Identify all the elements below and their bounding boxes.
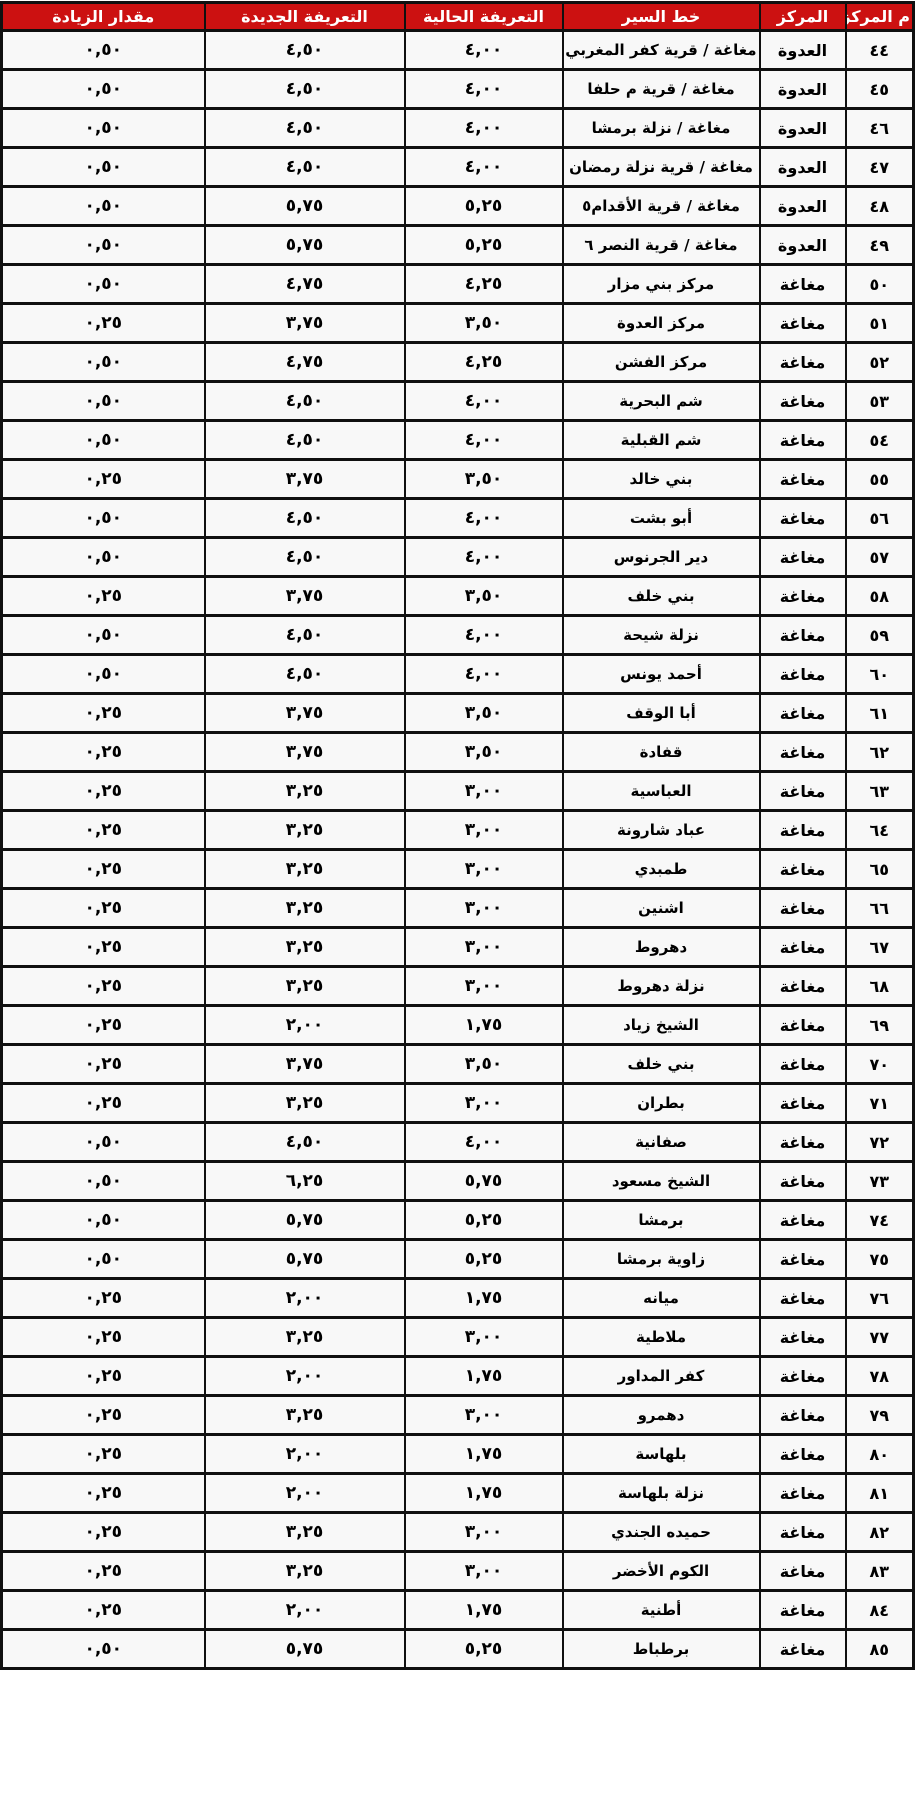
table-row: ٦٢مغاغةقفادة٣,٥٠٣,٧٥٠,٢٥ bbox=[1, 733, 913, 772]
cell-new: ٣,٢٥ bbox=[204, 1513, 404, 1552]
cell-center: العدوة bbox=[759, 226, 845, 265]
cell-m: ٥٤ bbox=[845, 421, 913, 460]
cell-current: ٤,٠٠ bbox=[404, 109, 562, 148]
cell-current: ٥,٢٥ bbox=[404, 226, 562, 265]
cell-route: صفانية bbox=[562, 1123, 759, 1162]
cell-center: العدوة bbox=[759, 187, 845, 226]
cell-new: ٣,٢٥ bbox=[204, 967, 404, 1006]
cell-increase: ٠,٢٥ bbox=[1, 1006, 204, 1045]
cell-increase: ٠,٢٥ bbox=[1, 1279, 204, 1318]
cell-center: مغاغة bbox=[759, 850, 845, 889]
cell-m: ٥٣ bbox=[845, 382, 913, 421]
cell-center: مغاغة bbox=[759, 1123, 845, 1162]
table-row: ٥٤مغاغةشم القبلية٤,٠٠٤,٥٠٠,٥٠ bbox=[1, 421, 913, 460]
cell-new: ٢,٠٠ bbox=[204, 1591, 404, 1630]
cell-new: ٤,٥٠ bbox=[204, 70, 404, 109]
cell-increase: ٠,٥٠ bbox=[1, 1240, 204, 1279]
cell-route: مركز بني مزار bbox=[562, 265, 759, 304]
cell-increase: ٠,٥٠ bbox=[1, 499, 204, 538]
cell-route: أطنية bbox=[562, 1591, 759, 1630]
table-row: ٦٨مغاغةنزلة دهروط٣,٠٠٣,٢٥٠,٢٥ bbox=[1, 967, 913, 1006]
cell-center: مغاغة bbox=[759, 967, 845, 1006]
cell-new: ٦,٢٥ bbox=[204, 1162, 404, 1201]
cell-m: ٤٤ bbox=[845, 31, 913, 70]
table-row: ٥٣مغاغةشم البحرية٤,٠٠٤,٥٠٠,٥٠ bbox=[1, 382, 913, 421]
cell-m: ٥٥ bbox=[845, 460, 913, 499]
cell-center: مغاغة bbox=[759, 1318, 845, 1357]
cell-route: أبو بشت bbox=[562, 499, 759, 538]
cell-route: أحمد يونس bbox=[562, 655, 759, 694]
cell-m: ٧٢ bbox=[845, 1123, 913, 1162]
cell-new: ٣,٧٥ bbox=[204, 460, 404, 499]
cell-current: ٣,٥٠ bbox=[404, 304, 562, 343]
cell-new: ٣,٢٥ bbox=[204, 928, 404, 967]
cell-route: بني خلف bbox=[562, 577, 759, 616]
cell-center: العدوة bbox=[759, 31, 845, 70]
cell-increase: ٠,٢٥ bbox=[1, 733, 204, 772]
cell-route: أبا الوقف bbox=[562, 694, 759, 733]
cell-new: ٣,٢٥ bbox=[204, 889, 404, 928]
cell-m: ٦٥ bbox=[845, 850, 913, 889]
cell-route: الشيخ مسعود bbox=[562, 1162, 759, 1201]
cell-current: ٣,٠٠ bbox=[404, 1084, 562, 1123]
cell-new: ٣,٢٥ bbox=[204, 811, 404, 850]
cell-new: ٤,٥٠ bbox=[204, 31, 404, 70]
column-header-current-tariff: التعريفة الحالية bbox=[404, 3, 562, 31]
table-row: ٨٣مغاغةالكوم الأخضر٣,٠٠٣,٢٥٠,٢٥ bbox=[1, 1552, 913, 1591]
cell-center: مغاغة bbox=[759, 460, 845, 499]
cell-route: قفادة bbox=[562, 733, 759, 772]
cell-center: مغاغة bbox=[759, 1630, 845, 1669]
cell-center: مغاغة bbox=[759, 577, 845, 616]
cell-m: ٧١ bbox=[845, 1084, 913, 1123]
cell-current: ٥,٢٥ bbox=[404, 1201, 562, 1240]
cell-m: ٦٧ bbox=[845, 928, 913, 967]
cell-center: العدوة bbox=[759, 148, 845, 187]
cell-new: ٣,٢٥ bbox=[204, 1396, 404, 1435]
cell-route: مغاغة / قرية م حلفا bbox=[562, 70, 759, 109]
table-row: ٧٣مغاغةالشيخ مسعود٥,٧٥٦,٢٥٠,٥٠ bbox=[1, 1162, 913, 1201]
cell-new: ٤,٥٠ bbox=[204, 148, 404, 187]
cell-route: شم القبلية bbox=[562, 421, 759, 460]
cell-current: ٣,٥٠ bbox=[404, 733, 562, 772]
cell-center: مغاغة bbox=[759, 343, 845, 382]
cell-center: مغاغة bbox=[759, 1513, 845, 1552]
cell-m: ٤٥ bbox=[845, 70, 913, 109]
cell-center: مغاغة bbox=[759, 382, 845, 421]
cell-center: مغاغة bbox=[759, 928, 845, 967]
cell-current: ٤,٠٠ bbox=[404, 1123, 562, 1162]
cell-m: ٥١ bbox=[845, 304, 913, 343]
cell-route: نزلة شيحة bbox=[562, 616, 759, 655]
cell-increase: ٠,٥٠ bbox=[1, 1162, 204, 1201]
cell-center: مغاغة bbox=[759, 499, 845, 538]
cell-current: ٤,٠٠ bbox=[404, 382, 562, 421]
cell-current: ٣,٠٠ bbox=[404, 1396, 562, 1435]
cell-m: ٨٢ bbox=[845, 1513, 913, 1552]
cell-route: مغاغة / قرية الأقدام٥ bbox=[562, 187, 759, 226]
column-header-increase-amount: مقدار الزيادة bbox=[1, 3, 204, 31]
column-header-center: المركز bbox=[759, 3, 845, 31]
cell-new: ٢,٠٠ bbox=[204, 1006, 404, 1045]
cell-new: ٣,٢٥ bbox=[204, 1552, 404, 1591]
cell-route: دهمرو bbox=[562, 1396, 759, 1435]
cell-current: ٤,٠٠ bbox=[404, 421, 562, 460]
cell-new: ٤,٥٠ bbox=[204, 616, 404, 655]
cell-m: ٧٣ bbox=[845, 1162, 913, 1201]
cell-m: ٤٦ bbox=[845, 109, 913, 148]
cell-m: ٦٠ bbox=[845, 655, 913, 694]
cell-increase: ٠,٥٠ bbox=[1, 1630, 204, 1669]
cell-center: مغاغة bbox=[759, 1435, 845, 1474]
cell-new: ٤,٥٠ bbox=[204, 538, 404, 577]
cell-route: برمشا bbox=[562, 1201, 759, 1240]
table-row: ٨٠مغاغةبلهاسة١,٧٥٢,٠٠٠,٢٥ bbox=[1, 1435, 913, 1474]
cell-current: ٤,٠٠ bbox=[404, 538, 562, 577]
cell-new: ٤,٧٥ bbox=[204, 265, 404, 304]
cell-increase: ٠,٢٥ bbox=[1, 1591, 204, 1630]
cell-center: مغاغة bbox=[759, 304, 845, 343]
cell-m: ٤٧ bbox=[845, 148, 913, 187]
table-row: ٤٦العدوةمغاغة / نزلة برمشا٤,٠٠٤,٥٠٠,٥٠ bbox=[1, 109, 913, 148]
column-header-new-tariff: التعريفة الجديدة bbox=[204, 3, 404, 31]
cell-increase: ٠,٥٠ bbox=[1, 70, 204, 109]
cell-increase: ٠,٢٥ bbox=[1, 1435, 204, 1474]
cell-route: مغاغة / قرية النصر ٦ bbox=[562, 226, 759, 265]
cell-route: بلهاسة bbox=[562, 1435, 759, 1474]
table-row: ٦٩مغاغةالشيخ زياد١,٧٥٢,٠٠٠,٢٥ bbox=[1, 1006, 913, 1045]
column-header-m-center: م المركز bbox=[845, 3, 913, 31]
cell-route: مركز الفشن bbox=[562, 343, 759, 382]
cell-center: مغاغة bbox=[759, 1240, 845, 1279]
cell-increase: ٠,٢٥ bbox=[1, 1396, 204, 1435]
cell-new: ٢,٠٠ bbox=[204, 1279, 404, 1318]
cell-new: ٣,٢٥ bbox=[204, 1084, 404, 1123]
cell-current: ٤,٠٠ bbox=[404, 148, 562, 187]
cell-m: ٥٩ bbox=[845, 616, 913, 655]
table-row: ٧٢مغاغةصفانية٤,٠٠٤,٥٠٠,٥٠ bbox=[1, 1123, 913, 1162]
cell-increase: ٠,٥٠ bbox=[1, 1201, 204, 1240]
cell-center: مغاغة bbox=[759, 733, 845, 772]
cell-center: مغاغة bbox=[759, 889, 845, 928]
cell-route: بطران bbox=[562, 1084, 759, 1123]
cell-center: مغاغة bbox=[759, 1045, 845, 1084]
cell-m: ٦٤ bbox=[845, 811, 913, 850]
cell-current: ٤,٠٠ bbox=[404, 70, 562, 109]
cell-m: ٤٨ bbox=[845, 187, 913, 226]
table-row: ٧٥مغاغةزاوية برمشا٥,٢٥٥,٧٥٠,٥٠ bbox=[1, 1240, 913, 1279]
cell-new: ٤,٥٠ bbox=[204, 499, 404, 538]
table-row: ٥٧مغاغةدير الجرنوس٤,٠٠٤,٥٠٠,٥٠ bbox=[1, 538, 913, 577]
table-row: ٥٨مغاغةبني خلف٣,٥٠٣,٧٥٠,٢٥ bbox=[1, 577, 913, 616]
cell-increase: ٠,٥٠ bbox=[1, 109, 204, 148]
cell-current: ١,٧٥ bbox=[404, 1474, 562, 1513]
cell-m: ٥٧ bbox=[845, 538, 913, 577]
cell-m: ٧٥ bbox=[845, 1240, 913, 1279]
cell-center: مغاغة bbox=[759, 1279, 845, 1318]
table-row: ٦٥مغاغةطمبدي٣,٠٠٣,٢٥٠,٢٥ bbox=[1, 850, 913, 889]
cell-increase: ٠,٥٠ bbox=[1, 382, 204, 421]
cell-center: مغاغة bbox=[759, 811, 845, 850]
cell-current: ٣,٥٠ bbox=[404, 460, 562, 499]
cell-increase: ٠,٥٠ bbox=[1, 343, 204, 382]
cell-new: ٢,٠٠ bbox=[204, 1474, 404, 1513]
table-row: ٤٤العدوةمغاغة / قرية كفر المغربي٤,٠٠٤,٥٠… bbox=[1, 31, 913, 70]
cell-new: ٢,٠٠ bbox=[204, 1357, 404, 1396]
table-row: ٦٣مغاغةالعباسية٣,٠٠٣,٢٥٠,٢٥ bbox=[1, 772, 913, 811]
cell-route: حميده الجندي bbox=[562, 1513, 759, 1552]
cell-route: الكوم الأخضر bbox=[562, 1552, 759, 1591]
cell-route: نزلة بلهاسة bbox=[562, 1474, 759, 1513]
cell-increase: ٠,٥٠ bbox=[1, 265, 204, 304]
cell-new: ٤,٥٠ bbox=[204, 109, 404, 148]
cell-new: ٥,٧٥ bbox=[204, 1201, 404, 1240]
cell-current: ٥,٢٥ bbox=[404, 1630, 562, 1669]
cell-route: ملاطية bbox=[562, 1318, 759, 1357]
cell-m: ٧٧ bbox=[845, 1318, 913, 1357]
table-row: ٧٧مغاغةملاطية٣,٠٠٣,٢٥٠,٢٥ bbox=[1, 1318, 913, 1357]
table-row: ٤٩العدوةمغاغة / قرية النصر ٦٥,٢٥٥,٧٥٠,٥٠ bbox=[1, 226, 913, 265]
cell-current: ٥,٢٥ bbox=[404, 1240, 562, 1279]
cell-increase: ٠,٥٠ bbox=[1, 616, 204, 655]
cell-current: ١,٧٥ bbox=[404, 1435, 562, 1474]
cell-current: ٣,٥٠ bbox=[404, 577, 562, 616]
cell-m: ٦١ bbox=[845, 694, 913, 733]
table-row: ٤٧العدوةمغاغة / قرية نزلة رمضان٤,٠٠٤,٥٠٠… bbox=[1, 148, 913, 187]
cell-new: ٥,٧٥ bbox=[204, 187, 404, 226]
cell-current: ٣,٠٠ bbox=[404, 772, 562, 811]
cell-increase: ٠,٥٠ bbox=[1, 421, 204, 460]
header-row: م المركز المركز خط السير التعريفة الحالي… bbox=[1, 3, 913, 31]
cell-m: ٦٩ bbox=[845, 1006, 913, 1045]
cell-increase: ٠,٥٠ bbox=[1, 226, 204, 265]
cell-route: مغاغة / قرية نزلة رمضان bbox=[562, 148, 759, 187]
cell-center: العدوة bbox=[759, 109, 845, 148]
cell-m: ٦٨ bbox=[845, 967, 913, 1006]
cell-increase: ٠,٥٠ bbox=[1, 1123, 204, 1162]
cell-increase: ٠,٢٥ bbox=[1, 889, 204, 928]
cell-m: ٨٣ bbox=[845, 1552, 913, 1591]
cell-route: دهروط bbox=[562, 928, 759, 967]
cell-current: ٣,٠٠ bbox=[404, 850, 562, 889]
cell-m: ٦٢ bbox=[845, 733, 913, 772]
cell-m: ٧٦ bbox=[845, 1279, 913, 1318]
cell-current: ١,٧٥ bbox=[404, 1279, 562, 1318]
cell-route: زاوية برمشا bbox=[562, 1240, 759, 1279]
cell-route: بني خلف bbox=[562, 1045, 759, 1084]
cell-center: مغاغة bbox=[759, 1201, 845, 1240]
table-row: ٥٩مغاغةنزلة شيحة٤,٠٠٤,٥٠٠,٥٠ bbox=[1, 616, 913, 655]
table-row: ٦٠مغاغةأحمد يونس٤,٠٠٤,٥٠٠,٥٠ bbox=[1, 655, 913, 694]
cell-current: ٥,٧٥ bbox=[404, 1162, 562, 1201]
cell-current: ٣,٠٠ bbox=[404, 1513, 562, 1552]
cell-route: كفر المداور bbox=[562, 1357, 759, 1396]
cell-increase: ٠,٢٥ bbox=[1, 1552, 204, 1591]
cell-current: ٣,٠٠ bbox=[404, 811, 562, 850]
cell-current: ٣,٠٠ bbox=[404, 928, 562, 967]
cell-center: مغاغة bbox=[759, 421, 845, 460]
cell-new: ٤,٥٠ bbox=[204, 382, 404, 421]
table-row: ٧٦مغاغةميانه١,٧٥٢,٠٠٠,٢٥ bbox=[1, 1279, 913, 1318]
cell-center: مغاغة bbox=[759, 1084, 845, 1123]
cell-center: مغاغة bbox=[759, 538, 845, 577]
table-row: ٤٥العدوةمغاغة / قرية م حلفا٤,٠٠٤,٥٠٠,٥٠ bbox=[1, 70, 913, 109]
cell-center: مغاغة bbox=[759, 1591, 845, 1630]
cell-current: ٥,٢٥ bbox=[404, 187, 562, 226]
cell-route: العباسية bbox=[562, 772, 759, 811]
table-row: ٥٢مغاغةمركز الفشن٤,٢٥٤,٧٥٠,٥٠ bbox=[1, 343, 913, 382]
column-header-route: خط السير bbox=[562, 3, 759, 31]
cell-current: ١,٧٥ bbox=[404, 1591, 562, 1630]
cell-increase: ٠,٢٥ bbox=[1, 811, 204, 850]
table-body: ٤٤العدوةمغاغة / قرية كفر المغربي٤,٠٠٤,٥٠… bbox=[1, 31, 913, 1669]
cell-new: ٢,٠٠ bbox=[204, 1435, 404, 1474]
cell-new: ٣,٧٥ bbox=[204, 694, 404, 733]
cell-current: ٣,٥٠ bbox=[404, 1045, 562, 1084]
cell-m: ٧٤ bbox=[845, 1201, 913, 1240]
cell-current: ٣,٠٠ bbox=[404, 1318, 562, 1357]
cell-m: ٧٩ bbox=[845, 1396, 913, 1435]
cell-increase: ٠,٢٥ bbox=[1, 928, 204, 967]
cell-m: ٨٠ bbox=[845, 1435, 913, 1474]
table-row: ٨٢مغاغةحميده الجندي٣,٠٠٣,٢٥٠,٢٥ bbox=[1, 1513, 913, 1552]
cell-increase: ٠,٥٠ bbox=[1, 148, 204, 187]
cell-center: مغاغة bbox=[759, 772, 845, 811]
cell-route: طمبدي bbox=[562, 850, 759, 889]
cell-current: ٤,٠٠ bbox=[404, 616, 562, 655]
table-row: ٦٦مغاغةاشنين٣,٠٠٣,٢٥٠,٢٥ bbox=[1, 889, 913, 928]
cell-new: ٣,٧٥ bbox=[204, 304, 404, 343]
cell-route: عباد شارونة bbox=[562, 811, 759, 850]
cell-new: ٤,٥٠ bbox=[204, 421, 404, 460]
cell-increase: ٠,٢٥ bbox=[1, 850, 204, 889]
cell-current: ٤,٢٥ bbox=[404, 265, 562, 304]
cell-current: ٣,٠٠ bbox=[404, 967, 562, 1006]
cell-m: ٨٤ bbox=[845, 1591, 913, 1630]
cell-center: مغاغة bbox=[759, 1396, 845, 1435]
cell-center: مغاغة bbox=[759, 1552, 845, 1591]
cell-current: ٣,٠٠ bbox=[404, 1552, 562, 1591]
cell-route: برطباط bbox=[562, 1630, 759, 1669]
cell-m: ٥٨ bbox=[845, 577, 913, 616]
cell-m: ٥٠ bbox=[845, 265, 913, 304]
table-row: ٦١مغاغةأبا الوقف٣,٥٠٣,٧٥٠,٢٥ bbox=[1, 694, 913, 733]
cell-new: ٤,٥٠ bbox=[204, 655, 404, 694]
cell-increase: ٠,٢٥ bbox=[1, 304, 204, 343]
cell-center: العدوة bbox=[759, 70, 845, 109]
cell-m: ٥٦ bbox=[845, 499, 913, 538]
cell-m: ٧٨ bbox=[845, 1357, 913, 1396]
table-row: ٤٨العدوةمغاغة / قرية الأقدام٥٥,٢٥٥,٧٥٠,٥… bbox=[1, 187, 913, 226]
cell-current: ٤,٢٥ bbox=[404, 343, 562, 382]
cell-current: ٣,٠٠ bbox=[404, 889, 562, 928]
cell-current: ١,٧٥ bbox=[404, 1006, 562, 1045]
table-row: ٧٤مغاغةبرمشا٥,٢٥٥,٧٥٠,٥٠ bbox=[1, 1201, 913, 1240]
cell-current: ٤,٠٠ bbox=[404, 499, 562, 538]
cell-new: ٤,٥٠ bbox=[204, 1123, 404, 1162]
cell-increase: ٠,٥٠ bbox=[1, 187, 204, 226]
cell-route: دير الجرنوس bbox=[562, 538, 759, 577]
cell-increase: ٠,٢٥ bbox=[1, 1474, 204, 1513]
cell-route: بني خالد bbox=[562, 460, 759, 499]
cell-route: نزلة دهروط bbox=[562, 967, 759, 1006]
cell-new: ٥,٧٥ bbox=[204, 226, 404, 265]
cell-m: ٤٩ bbox=[845, 226, 913, 265]
table-row: ٧٨مغاغةكفر المداور١,٧٥٢,٠٠٠,٢٥ bbox=[1, 1357, 913, 1396]
cell-center: مغاغة bbox=[759, 1474, 845, 1513]
cell-increase: ٠,٢٥ bbox=[1, 1045, 204, 1084]
table-row: ٦٧مغاغةدهروط٣,٠٠٣,٢٥٠,٢٥ bbox=[1, 928, 913, 967]
cell-center: مغاغة bbox=[759, 265, 845, 304]
cell-center: مغاغة bbox=[759, 1006, 845, 1045]
table-row: ٥١مغاغةمركز العدوة٣,٥٠٣,٧٥٠,٢٥ bbox=[1, 304, 913, 343]
cell-route: مركز العدوة bbox=[562, 304, 759, 343]
table-row: ٥٥مغاغةبني خالد٣,٥٠٣,٧٥٠,٢٥ bbox=[1, 460, 913, 499]
cell-new: ٣,٢٥ bbox=[204, 1318, 404, 1357]
cell-center: مغاغة bbox=[759, 1357, 845, 1396]
cell-current: ٣,٥٠ bbox=[404, 694, 562, 733]
cell-current: ١,٧٥ bbox=[404, 1357, 562, 1396]
cell-increase: ٠,٢٥ bbox=[1, 1513, 204, 1552]
table-row: ٨٥مغاغةبرطباط٥,٢٥٥,٧٥٠,٥٠ bbox=[1, 1630, 913, 1669]
table-row: ٨١مغاغةنزلة بلهاسة١,٧٥٢,٠٠٠,٢٥ bbox=[1, 1474, 913, 1513]
cell-route: ميانه bbox=[562, 1279, 759, 1318]
cell-increase: ٠,٥٠ bbox=[1, 655, 204, 694]
cell-center: مغاغة bbox=[759, 694, 845, 733]
table-header: م المركز المركز خط السير التعريفة الحالي… bbox=[1, 3, 913, 31]
cell-center: مغاغة bbox=[759, 655, 845, 694]
cell-new: ٣,٢٥ bbox=[204, 772, 404, 811]
table-row: ٧١مغاغةبطران٣,٠٠٣,٢٥٠,٢٥ bbox=[1, 1084, 913, 1123]
cell-new: ٣,٢٥ bbox=[204, 850, 404, 889]
cell-increase: ٠,٢٥ bbox=[1, 577, 204, 616]
cell-new: ٣,٧٥ bbox=[204, 577, 404, 616]
table-row: ٦٤مغاغةعباد شارونة٣,٠٠٣,٢٥٠,٢٥ bbox=[1, 811, 913, 850]
cell-increase: ٠,٥٠ bbox=[1, 538, 204, 577]
cell-new: ٣,٧٥ bbox=[204, 1045, 404, 1084]
tariff-table: م المركز المركز خط السير التعريفة الحالي… bbox=[0, 1, 914, 1670]
cell-increase: ٠,٥٠ bbox=[1, 31, 204, 70]
cell-increase: ٠,٢٥ bbox=[1, 772, 204, 811]
cell-increase: ٠,٢٥ bbox=[1, 967, 204, 1006]
cell-increase: ٠,٢٥ bbox=[1, 1318, 204, 1357]
cell-increase: ٠,٢٥ bbox=[1, 1084, 204, 1123]
cell-new: ٥,٧٥ bbox=[204, 1240, 404, 1279]
cell-route: الشيخ زياد bbox=[562, 1006, 759, 1045]
cell-m: ٨١ bbox=[845, 1474, 913, 1513]
cell-new: ٤,٧٥ bbox=[204, 343, 404, 382]
table-row: ٧٩مغاغةدهمرو٣,٠٠٣,٢٥٠,٢٥ bbox=[1, 1396, 913, 1435]
cell-center: مغاغة bbox=[759, 1162, 845, 1201]
cell-increase: ٠,٢٥ bbox=[1, 694, 204, 733]
table-row: ٧٠مغاغةبني خلف٣,٥٠٣,٧٥٠,٢٥ bbox=[1, 1045, 913, 1084]
tariff-page: م المركز المركز خط السير التعريفة الحالي… bbox=[0, 0, 916, 1672]
cell-m: ٧٠ bbox=[845, 1045, 913, 1084]
cell-route: مغاغة / نزلة برمشا bbox=[562, 109, 759, 148]
cell-increase: ٠,٢٥ bbox=[1, 460, 204, 499]
cell-center: مغاغة bbox=[759, 616, 845, 655]
table-row: ٥٠مغاغةمركز بني مزار٤,٢٥٤,٧٥٠,٥٠ bbox=[1, 265, 913, 304]
cell-m: ٥٢ bbox=[845, 343, 913, 382]
cell-route: مغاغة / قرية كفر المغربي bbox=[562, 31, 759, 70]
cell-m: ٦٦ bbox=[845, 889, 913, 928]
cell-current: ٤,٠٠ bbox=[404, 655, 562, 694]
cell-increase: ٠,٢٥ bbox=[1, 1357, 204, 1396]
cell-m: ٨٥ bbox=[845, 1630, 913, 1669]
cell-new: ٥,٧٥ bbox=[204, 1630, 404, 1669]
cell-new: ٣,٧٥ bbox=[204, 733, 404, 772]
table-row: ٨٤مغاغةأطنية١,٧٥٢,٠٠٠,٢٥ bbox=[1, 1591, 913, 1630]
